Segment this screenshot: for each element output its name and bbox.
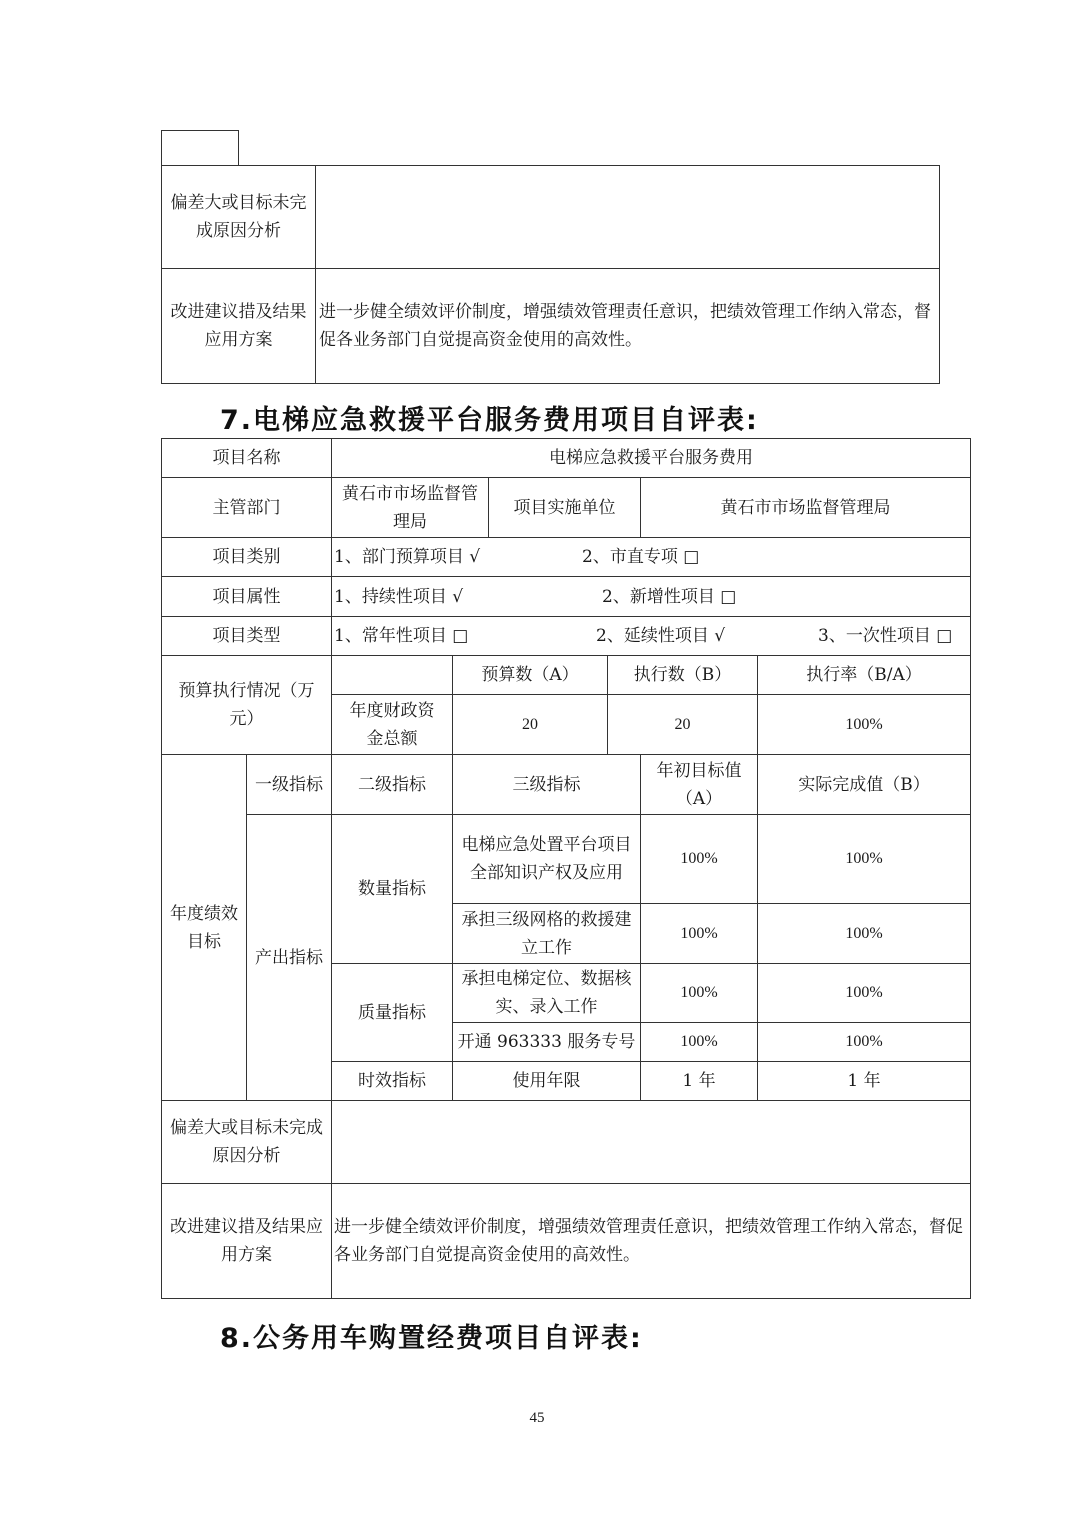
perf-level2-timeliness: 时效指标	[331, 1061, 453, 1101]
perf-header-target: 年初目标值（A）	[640, 754, 758, 815]
perf-level2-quality: 质量指标	[331, 963, 453, 1062]
budget-header-blank	[331, 655, 453, 695]
perf-actual-row5: 1 年	[757, 1061, 971, 1101]
section-7-title: 7.电梯应急救援平台服务费用项目自评表:	[220, 398, 759, 437]
category-options: 1、部门预算项目 √ 2、市直专项 □	[331, 537, 971, 577]
category-label: 项目类别	[161, 537, 332, 577]
perf-actual-row1: 100%	[757, 814, 971, 904]
budget-label: 预算执行情况（万元）	[161, 655, 332, 755]
budget-b-value: 20	[607, 694, 758, 755]
prev-improvement-label: 改进建议措及结果应用方案	[161, 268, 316, 384]
prev-deviation-value	[315, 165, 940, 269]
perf-header-level3: 三级指标	[452, 754, 641, 815]
perf-header-level2: 二级指标	[331, 754, 453, 815]
budget-header-b: 执行数（B）	[607, 655, 758, 695]
perf-actual-row3: 100%	[757, 963, 971, 1023]
impl-value: 黄石市市场监督管理局	[640, 477, 971, 538]
improvement-value: 进一步健全绩效评价制度，增强绩效管理责任意识，把绩效管理工作纳入常态，督促各业务…	[331, 1183, 971, 1299]
type-label: 项目类型	[161, 616, 332, 656]
budget-rate-value: 100%	[757, 694, 971, 755]
budget-a-value: 20	[452, 694, 608, 755]
perf-header-level1: 一级指标	[246, 754, 332, 815]
impl-label: 项目实施单位	[488, 477, 641, 538]
budget-header-a: 预算数（A）	[452, 655, 608, 695]
type-option-2: 2、延续性项目 √	[596, 622, 818, 650]
perf-target-row3: 100%	[640, 963, 758, 1023]
category-option-2: 2、市直专项 □	[582, 543, 699, 571]
perf-level1-output: 产出指标	[246, 814, 332, 1101]
dept-value: 黄石市市场监督管理局	[331, 477, 489, 538]
performance-label: 年度绩效目标	[161, 754, 247, 1101]
project-name-value: 电梯应急救援平台服务费用	[331, 438, 971, 478]
type-option-1: 1、常年性项目 □	[334, 622, 596, 650]
perf-actual-row4: 100%	[757, 1022, 971, 1062]
perf-actual-row2: 100%	[757, 903, 971, 964]
perf-level2-quantity: 数量指标	[331, 814, 453, 964]
attribute-option-2: 2、新增性项目 □	[602, 583, 736, 611]
deviation-value	[331, 1100, 971, 1184]
improvement-label: 改进建议措及结果应用方案	[161, 1183, 332, 1299]
prev-deviation-label: 偏差大或目标未完成原因分析	[161, 165, 316, 269]
project-name-label: 项目名称	[161, 438, 332, 478]
perf-header-actual: 实际完成值（B）	[757, 754, 971, 815]
prev-table-stub-cell	[161, 130, 239, 166]
dept-label: 主管部门	[161, 477, 332, 538]
perf-level3-row5: 使用年限	[452, 1061, 641, 1101]
attribute-option-1: 1、持续性项目 √	[334, 583, 602, 611]
perf-level3-row2: 承担三级网格的救援建立工作	[452, 903, 641, 964]
category-option-1: 1、部门预算项目 √	[334, 543, 582, 571]
attribute-options: 1、持续性项目 √ 2、新增性项目 □	[331, 576, 971, 617]
prev-improvement-value: 进一步健全绩效评价制度，增强绩效管理责任意识，把绩效管理工作纳入常态，督促各业务…	[315, 268, 940, 384]
perf-level3-row3: 承担电梯定位、数据核实、录入工作	[452, 963, 641, 1023]
perf-level3-row4: 开通 963333 服务专号	[452, 1022, 641, 1062]
type-option-3: 3、一次性项目 □	[818, 622, 952, 650]
deviation-label: 偏差大或目标未完成原因分析	[161, 1100, 332, 1184]
budget-row-label: 年度财政资金总额	[331, 694, 453, 755]
perf-target-row1: 100%	[640, 814, 758, 904]
perf-level3-row1: 电梯应急处置平台项目全部知识产权及应用	[452, 814, 641, 904]
perf-target-row5: 1 年	[640, 1061, 758, 1101]
page-number: 45	[0, 1410, 1074, 1427]
perf-target-row4: 100%	[640, 1022, 758, 1062]
budget-header-rate: 执行率（B/A）	[757, 655, 971, 695]
section-8-title: 8.公务用车购置经费项目自评表:	[220, 1316, 643, 1355]
perf-target-row2: 100%	[640, 903, 758, 964]
attribute-label: 项目属性	[161, 576, 332, 617]
type-options: 1、常年性项目 □ 2、延续性项目 √ 3、一次性项目 □	[331, 616, 971, 656]
